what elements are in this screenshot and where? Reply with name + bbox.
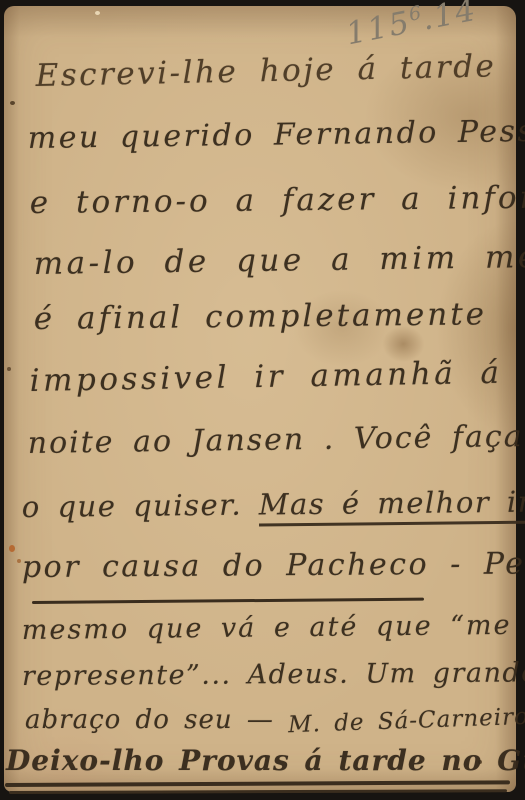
manuscript-line-7: noite ao Jansen . Você faça (28, 419, 524, 461)
line-9-underlined-phrase: por causa do Pacheco (22, 547, 429, 585)
manuscript-line-3: e torno-o a fazer a infor= (30, 179, 525, 221)
signature: M. de Sá-Carneiro (288, 704, 525, 738)
manuscript-line-11: represente”... Adeus. Um grande (22, 657, 525, 692)
manuscript-line-9: por causa do Pacheco - Peço-lho (22, 546, 525, 585)
paper-speck (9, 545, 15, 552)
manuscript-line-4: ma-lo de que a mim me (33, 239, 525, 282)
paper-speck (95, 11, 100, 15)
hand-drawn-double-underline (9, 789, 507, 794)
paper-speck (10, 101, 15, 105)
manuscript-line-8: o que quiser. Mas é melhor ir (22, 485, 525, 524)
line-8-underlined-phrase: Mas é melhor ir (259, 485, 525, 527)
manuscript-line-13-postscript: Deixo-lho Provas á tarde no Guisado (6, 744, 525, 777)
manuscript-line-2: meu querido Fernando Pessoa (28, 113, 525, 156)
paper-speck (7, 367, 11, 371)
manuscript-line-5: é afinal completamente (34, 296, 488, 337)
manuscript-line-10: mesmo que vá e até que “me (22, 610, 512, 646)
closing-phrase: abraço do seu — (25, 705, 288, 735)
manuscript-line-12: abraço do seu — M. de Sá-Carneiro (25, 705, 525, 735)
line-9-plain: - Peço-lho (429, 546, 525, 582)
paper-speck (17, 559, 21, 563)
line-8-plain: o que quiser. (22, 488, 259, 524)
scan-background: 1156.14 Escrevi-lhe hoje á tarde meu que… (0, 0, 525, 800)
